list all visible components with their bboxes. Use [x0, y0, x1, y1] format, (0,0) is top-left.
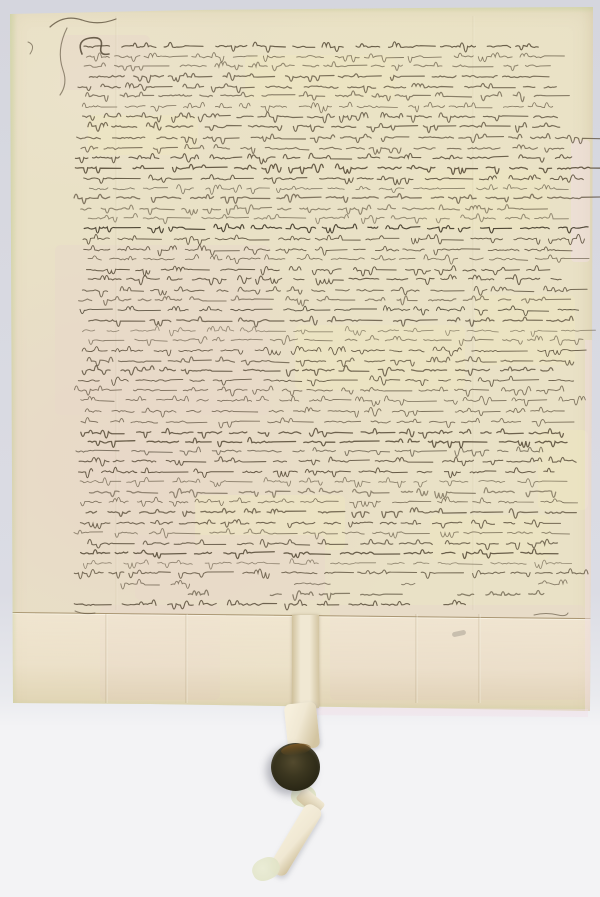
seal-tag-upper	[292, 615, 319, 708]
parchment-mottling-patch	[135, 535, 325, 600]
fold-crease	[115, 16, 118, 610]
parchment-mottling-patch	[475, 295, 575, 365]
fold-crease	[472, 16, 475, 610]
parchment-mottling-patch	[60, 35, 150, 90]
parchment-mottling-patch	[295, 325, 465, 390]
parchment-mottling-patch	[55, 245, 270, 415]
wax-seal-rim	[280, 742, 311, 757]
parchment-mottling-patch	[245, 55, 395, 100]
parchment-mottling-patch	[538, 430, 588, 510]
parchment-mottling-patch	[195, 495, 345, 550]
wax-seal	[271, 743, 320, 791]
parchment-mottling-patch	[88, 115, 198, 155]
right-edge-fringe	[571, 140, 590, 262]
parchment-mottling-patch	[420, 170, 550, 230]
parchment-mottling-patch	[430, 515, 550, 560]
